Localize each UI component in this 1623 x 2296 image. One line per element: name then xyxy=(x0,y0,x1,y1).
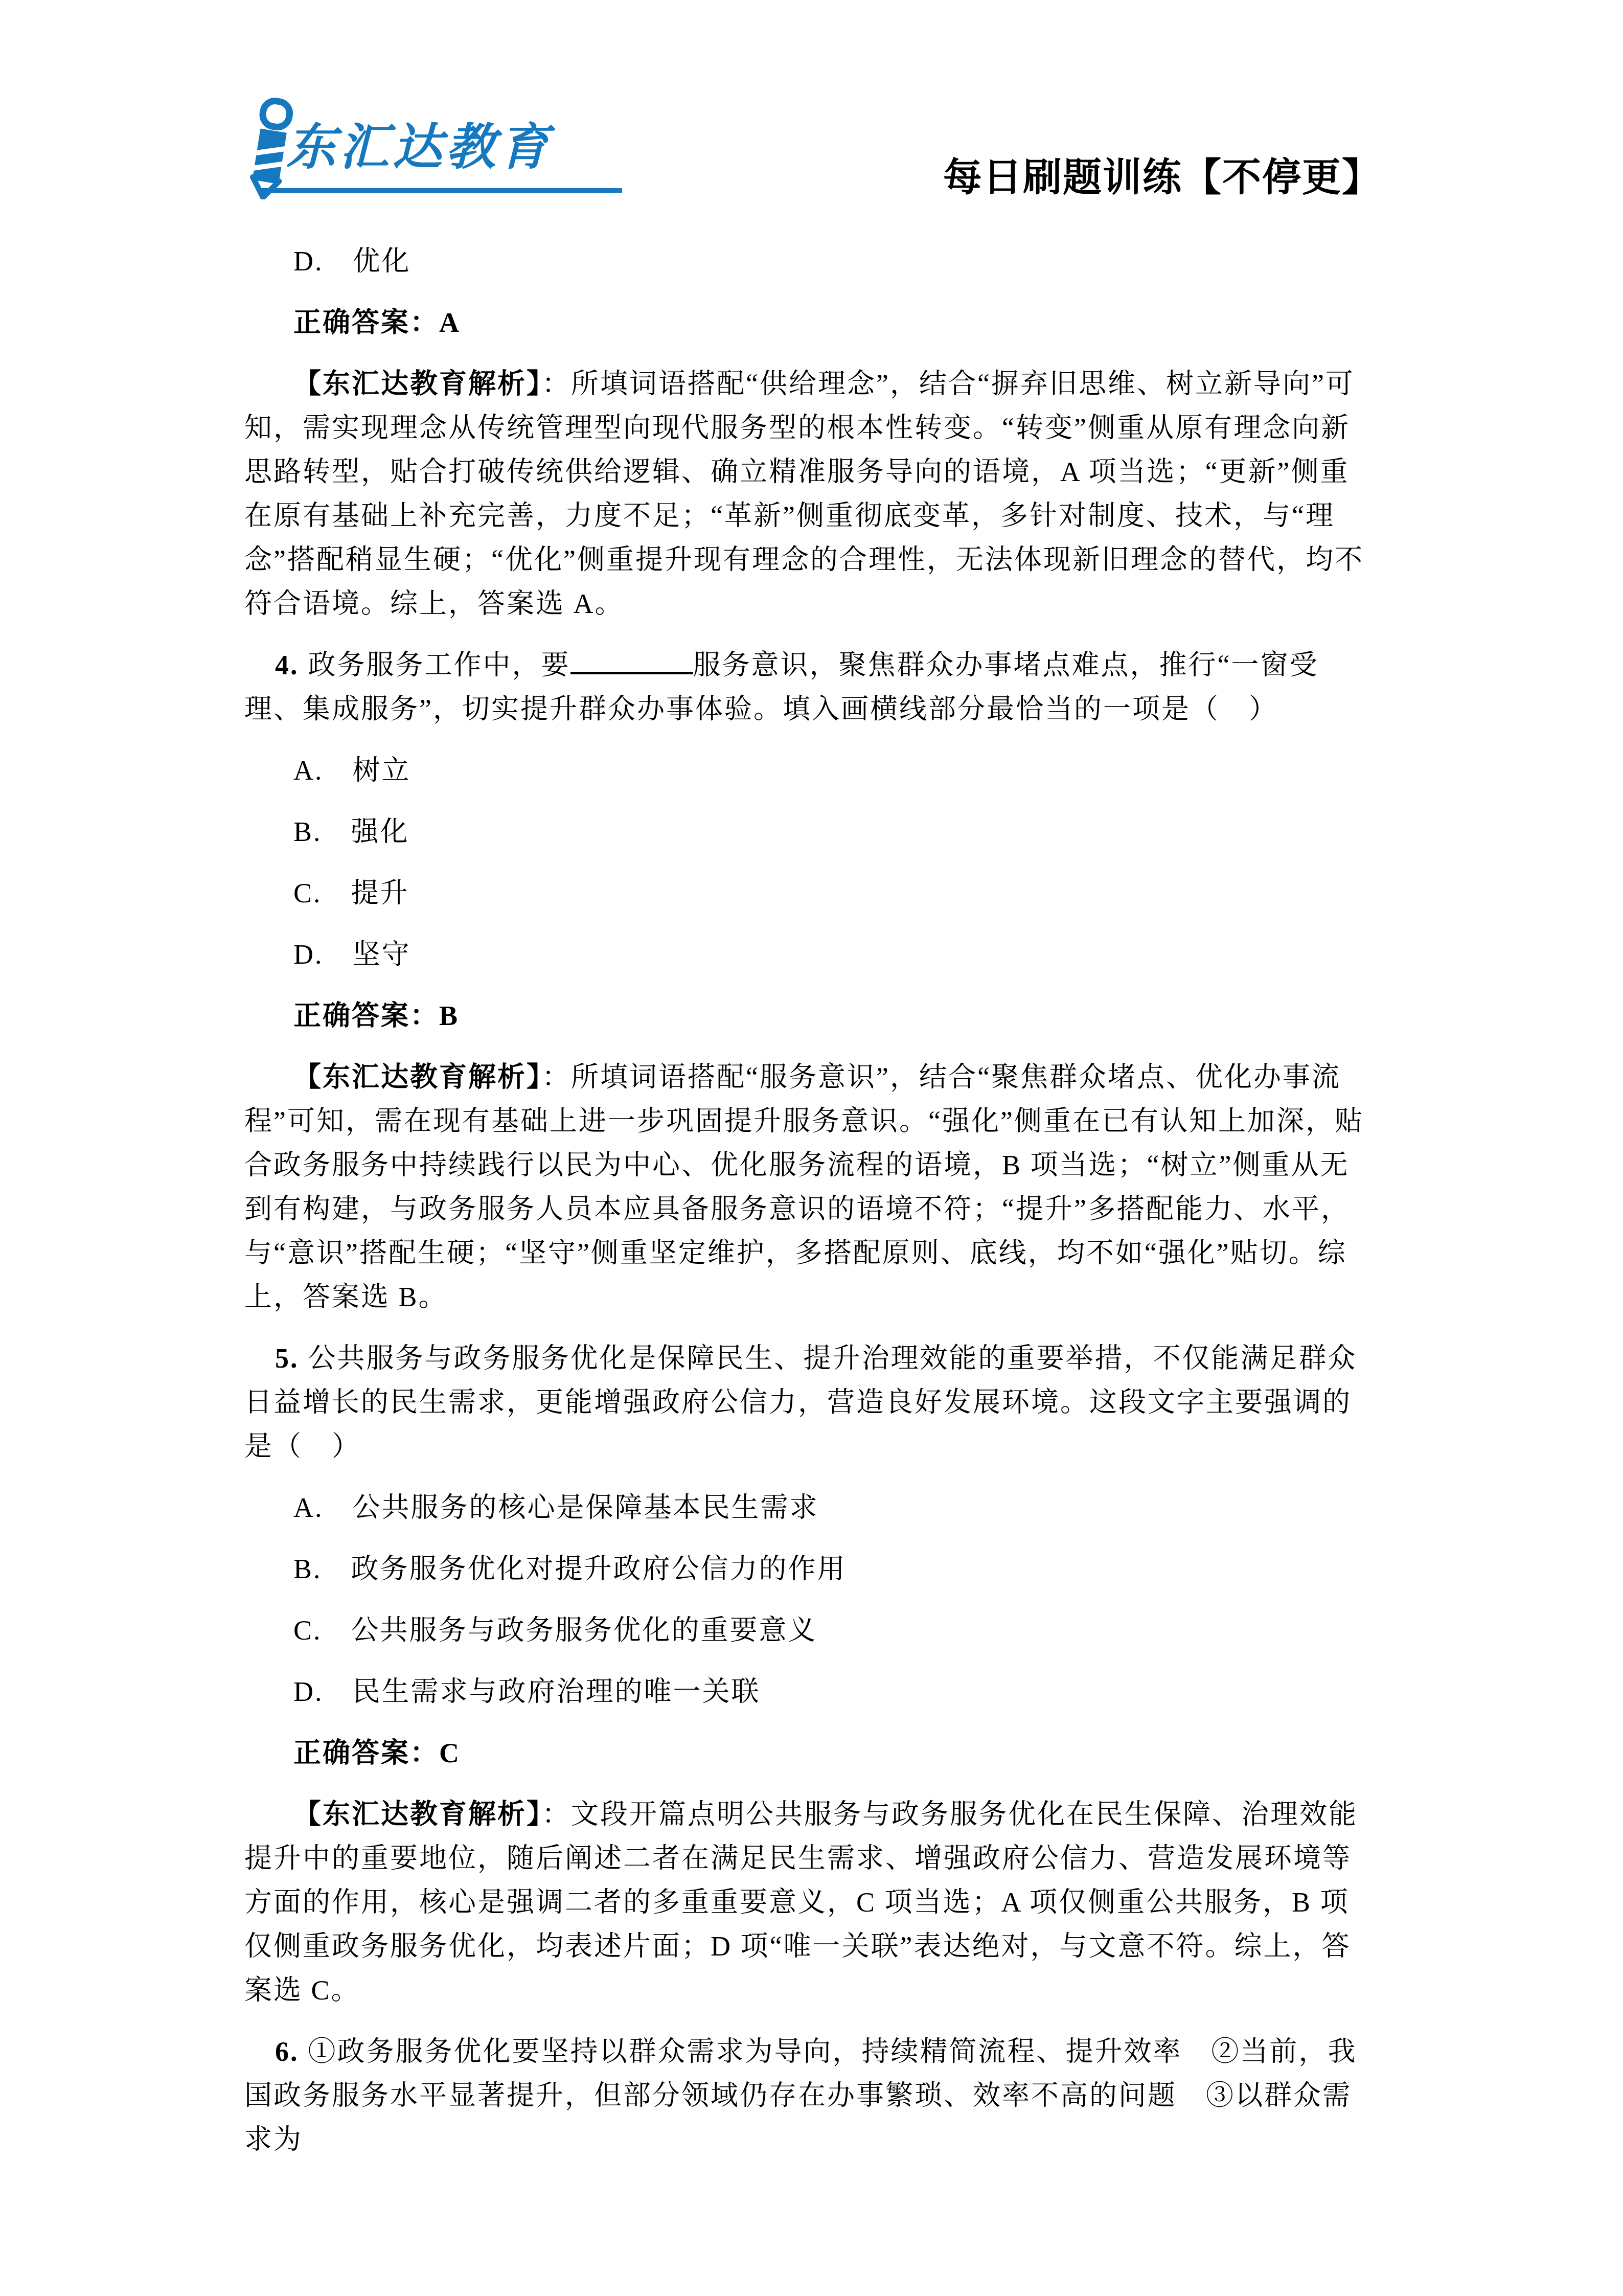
question-5: 5.公共服务与政务服务优化是保障民生、提升治理效能的重要举措，不仅能满足群众日益… xyxy=(244,1336,1375,1468)
explanation-prefix: 【东汇达教育解析】 xyxy=(293,369,542,399)
option-line-q3-d: D. 优化 xyxy=(244,239,1375,283)
explanation-paragraph-q4: 【东汇达教育解析】：所填词语搭配“服务意识”，结合“聚焦群众堵点、优化办事流程”… xyxy=(244,1055,1375,1319)
document-page: 东汇达教育 每日刷题训练【不停更】 D. 优化 正确答案：A 【东汇达教育解析】… xyxy=(0,0,1623,2296)
explanation-paragraph-q5: 【东汇达教育解析】：文段开篇点明公共服务与政务服务优化在民生保障、治理效能提升中… xyxy=(244,1792,1375,2012)
option-line-q4-b: B. 强化 xyxy=(244,810,1375,854)
question-5-text: 公共服务与政务服务优化是保障民生、提升治理效能的重要举措，不仅能满足群众日益增长… xyxy=(244,1343,1357,1462)
logo: 东汇达教育 xyxy=(233,97,657,199)
blank-underline xyxy=(570,668,693,674)
option-line-q5-b: B. 政务服务优化对提升政府公信力的作用 xyxy=(244,1547,1375,1591)
option-line-q5-a: A. 公共服务的核心是保障基本民生需求 xyxy=(244,1486,1375,1530)
option-line-q4-c: C. 提升 xyxy=(244,871,1375,915)
option-line-q4-d: D. 坚守 xyxy=(244,933,1375,976)
option-line-q4-a: A. 树立 xyxy=(244,748,1375,792)
option-line-q5-c: C. 公共服务与政务服务优化的重要意义 xyxy=(244,1608,1375,1652)
logo-text: 东汇达教育 xyxy=(286,122,552,173)
logo-underline xyxy=(258,188,622,193)
explanation-paragraph-q3: 【东汇达教育解析】：所填词语搭配“供给理念”，结合“摒弃旧思维、树立新导向”可知… xyxy=(244,362,1375,626)
question-6-number: 6. xyxy=(275,2036,299,2067)
question-6-text: ①政务服务优化要坚持以群众需求为导向，持续精简流程、提升效率 ②当前，我国政务服… xyxy=(244,2036,1357,2155)
question-4-number: 4. xyxy=(275,650,299,680)
page-title: 每日刷题训练【不停更】 xyxy=(943,156,1382,200)
question-6: 6.①政务服务优化要坚持以群众需求为导向，持续精简流程、提升效率 ②当前，我国政… xyxy=(244,2030,1375,2162)
question-4-text-before-blank: 政务服务工作中，要 xyxy=(308,650,570,680)
explanation-prefix: 【东汇达教育解析】 xyxy=(293,1799,542,1830)
explanation-text-q4: ：所填词语搭配“服务意识”，结合“聚焦群众堵点、优化办事流程”可知，需在现有基础… xyxy=(244,1062,1364,1312)
document-body: D. 优化 正确答案：A 【东汇达教育解析】：所填词语搭配“供给理念”，结合“摒… xyxy=(244,239,1375,2179)
option-line-q5-d: D. 民生需求与政府治理的唯一关联 xyxy=(244,1670,1375,1714)
answer-line-q4: 正确答案：B xyxy=(244,994,1375,1038)
answer-line-q5: 正确答案：C xyxy=(244,1731,1375,1775)
explanation-prefix: 【东汇达教育解析】 xyxy=(293,1062,542,1093)
question-5-number: 5. xyxy=(275,1343,299,1374)
question-4: 4.政务服务工作中，要服务意识，聚焦群众办事堵点难点，推行“一窗受理、集成服务”… xyxy=(244,643,1375,731)
explanation-text-q3: ：所填词语搭配“供给理念”，结合“摒弃旧思维、树立新导向”可知，需实现理念从传统… xyxy=(244,369,1364,619)
answer-line-q3: 正确答案：A xyxy=(244,301,1375,345)
explanation-text-q5: ：文段开篇点明公共服务与政务服务优化在民生保障、治理效能提升中的重要地位，随后阐… xyxy=(244,1799,1358,2006)
